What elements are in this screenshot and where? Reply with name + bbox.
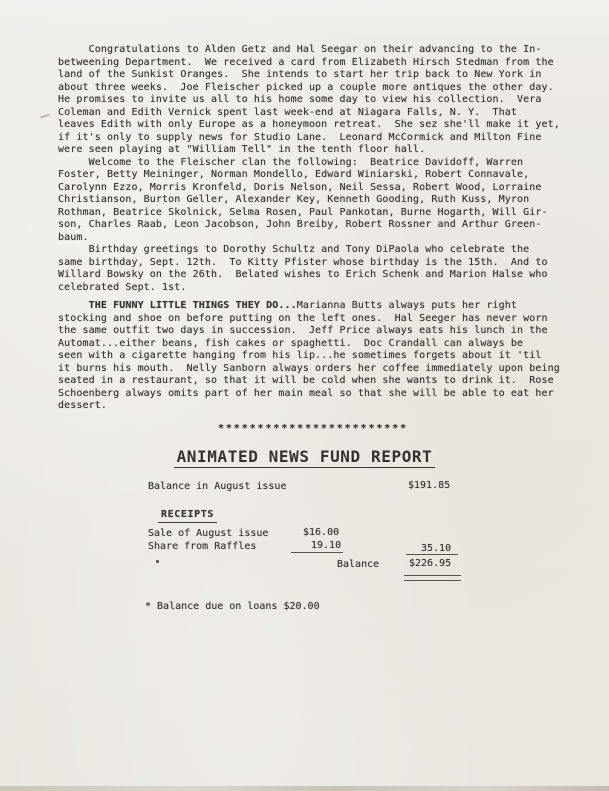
paragraph-text: Marianna Butts always puts her right sto… [58,300,560,411]
opening-balance-value: $191.85 [408,479,450,492]
receipt-row-amount: 19.10 [311,539,341,552]
receipts-heading-text: RECEIPTS [158,508,217,523]
receipts-heading: RECEIPTS [158,508,217,523]
paragraph-text: Congratulations to Alden Getz and Hal Se… [58,44,560,155]
paragraph-birthdays: Birthday greetings to Dorothy Schultz an… [58,244,568,294]
stray-pencil-mark [40,114,50,119]
closing-balance-label: Balance [337,558,379,571]
scan-bottom-edge [0,786,609,791]
fund-report-title: ANIMATED NEWS FUND REPORT [174,447,436,468]
asterisk-separator: ************************ [58,423,568,436]
paragraph-text: Welcome to the Fleischer clan the follow… [58,157,548,243]
paragraph-heading: THE FUNNY LITTLE THINGS THEY DO... [58,300,297,311]
stray-ink-dot [156,560,159,563]
subtotal-underline [406,554,458,555]
newsletter-body: Congratulations to Alden Getz and Hal Se… [58,44,568,435]
opening-balance-label: Balance in August issue [148,480,286,493]
paragraph-congratulations: Congratulations to Alden Getz and Hal Se… [58,44,568,157]
paragraph-text: Birthday greetings to Dorothy Schultz an… [58,244,548,293]
scanned-newsletter-page: Congratulations to Alden Getz and Hal Se… [0,0,609,791]
receipt-row-label: Share from Raffles [148,540,256,553]
paragraph-funny-things: THE FUNNY LITTLE THINGS THEY DO...Marian… [58,300,568,413]
fund-report-footnote: * Balance due on loans $20.00 [145,600,320,613]
closing-balance-value: $226.95 [409,557,451,570]
fund-report-title-row: ANIMATED NEWS FUND REPORT [0,447,609,468]
amount-underline [291,552,343,553]
receipt-row-amount: $16.00 [303,526,339,539]
receipt-row-label: Sale of August issue [148,527,268,540]
paragraph-welcome-list: Welcome to the Fleischer clan the follow… [58,157,568,245]
total-double-rule [404,575,461,581]
